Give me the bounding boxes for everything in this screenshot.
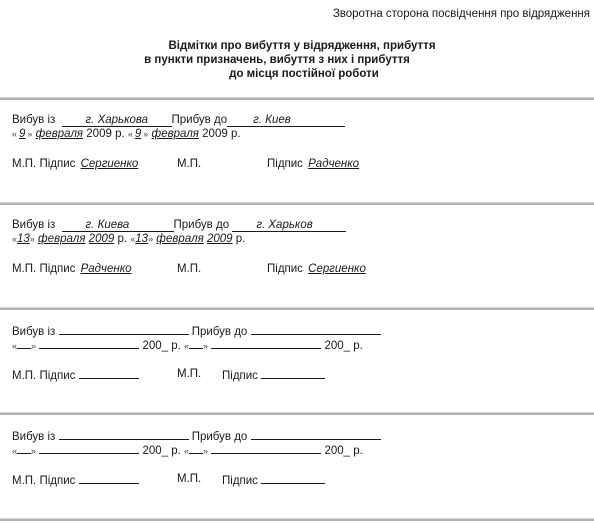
arrive-day-field[interactable]: 13 bbox=[135, 233, 148, 245]
document-title: Відмітки про вибуття у відрядження, приб… bbox=[0, 39, 594, 81]
signature-label: Підпис bbox=[267, 263, 303, 275]
depart-city-field[interactable]: г. Харькова bbox=[62, 114, 172, 127]
arrive-year-field[interactable]: 200_ bbox=[324, 340, 350, 352]
signature-1-field[interactable]: Сергиенко bbox=[81, 158, 139, 170]
divider bbox=[0, 202, 594, 205]
stamp-label: М.П. bbox=[177, 472, 201, 486]
arrive-year-field[interactable]: 2009 bbox=[207, 233, 233, 245]
stamp-label: М.П. bbox=[177, 157, 201, 171]
arrive-month-field[interactable] bbox=[211, 337, 321, 349]
arrive-year-field[interactable]: 2009 bbox=[202, 128, 228, 140]
signature-label: Підпис bbox=[222, 475, 258, 487]
arrive-day-field[interactable]: 9 bbox=[133, 128, 143, 140]
signature-label: Підпис bbox=[267, 158, 303, 170]
stamp-label: М.П. bbox=[12, 475, 36, 487]
signature-label: Підпис bbox=[39, 158, 75, 170]
document-side-note: Зворотна сторона посвідчення про відрядж… bbox=[333, 8, 590, 20]
depart-year-field[interactable]: 200_ bbox=[142, 340, 168, 352]
depart-city-field[interactable] bbox=[59, 428, 189, 440]
signature-1-field[interactable] bbox=[79, 472, 139, 484]
arrive-month-field[interactable]: февраля bbox=[156, 233, 203, 245]
depart-label: Вибув із bbox=[12, 219, 55, 231]
divider bbox=[0, 97, 594, 100]
divider bbox=[0, 412, 594, 415]
depart-year-field[interactable]: 2009 bbox=[89, 233, 115, 245]
arrive-month-field[interactable]: февраля bbox=[152, 128, 199, 140]
title-line-1: Відмітки про вибуття у відрядження, приб… bbox=[10, 39, 594, 53]
signature-2-field[interactable] bbox=[261, 472, 325, 484]
title-line-3: до місця постійної роботи bbox=[14, 67, 594, 81]
arrive-year-field[interactable]: 200_ bbox=[324, 445, 350, 457]
stamp-label: М.П. bbox=[12, 158, 36, 170]
depart-month-field[interactable]: февраля bbox=[38, 233, 85, 245]
arrive-city-field[interactable] bbox=[251, 323, 381, 335]
arrive-label: Прибув до bbox=[172, 114, 228, 126]
depart-day-field[interactable] bbox=[17, 442, 31, 454]
arrive-city-field[interactable]: г. Харьков bbox=[232, 219, 346, 232]
signature-label: Підпис bbox=[39, 263, 75, 275]
depart-month-field[interactable]: февраля bbox=[36, 128, 83, 140]
signature-label: Підпис bbox=[39, 475, 75, 487]
signature-2-field[interactable]: Радченко bbox=[308, 158, 359, 170]
stamp-label: М.П. bbox=[177, 262, 201, 276]
stamp-label: М.П. bbox=[12, 263, 36, 275]
divider bbox=[0, 307, 594, 310]
signature-2-field[interactable]: Сергиенко bbox=[308, 263, 366, 275]
arrive-city-field[interactable] bbox=[251, 428, 381, 440]
arrive-month-field[interactable] bbox=[211, 442, 321, 454]
divider bbox=[0, 518, 594, 521]
signature-label: Підпис bbox=[39, 370, 75, 382]
depart-city-field[interactable] bbox=[59, 323, 189, 335]
title-line-2: в пункти призначень, вибуття з них і при… bbox=[0, 53, 594, 67]
depart-day-field[interactable]: 13 bbox=[17, 233, 30, 245]
signature-1-field[interactable] bbox=[79, 367, 139, 379]
depart-label: Вибув із bbox=[12, 114, 55, 126]
depart-year-field[interactable]: 200_ bbox=[142, 445, 168, 457]
signature-1-field[interactable]: Радченко bbox=[81, 263, 132, 275]
arrive-day-field[interactable] bbox=[189, 442, 203, 454]
arrive-city-field[interactable]: г. Киев bbox=[227, 114, 345, 127]
arrive-label: Прибув до bbox=[174, 219, 230, 231]
depart-city-field[interactable]: г. Киева bbox=[62, 219, 174, 232]
arrive-day-field[interactable] bbox=[189, 337, 203, 349]
depart-month-field[interactable] bbox=[39, 442, 139, 454]
signature-label: Підпис bbox=[222, 370, 258, 382]
depart-year-field[interactable]: 2009 bbox=[86, 128, 112, 140]
stamp-label: М.П. bbox=[177, 367, 201, 381]
signature-2-field[interactable] bbox=[261, 367, 325, 379]
stamp-label: М.П. bbox=[12, 370, 36, 382]
depart-day-field[interactable] bbox=[17, 337, 31, 349]
depart-month-field[interactable] bbox=[39, 337, 139, 349]
depart-day-field[interactable]: 9 bbox=[17, 128, 27, 140]
